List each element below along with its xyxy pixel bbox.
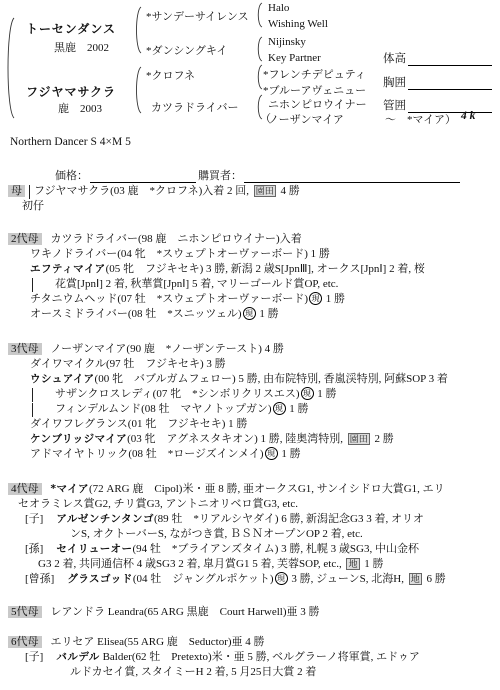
generation-label: 5代母 (8, 606, 42, 618)
record-text: ダイワフレグランス(01 牝 フジキセキ) 1 勝 (30, 418, 247, 430)
horse-name: ウシュアイア (30, 373, 95, 385)
record-text: フィンデルムンド(08 牡 マヤノトップガン) (55, 403, 272, 415)
girth-row: 胸囲 (383, 74, 492, 90)
track-mark: 地 (346, 558, 359, 570)
record-text: (94 牡 *ブライアンズタイム) 3 勝, 札幌 3 歳SG3, 中山金杯 (133, 543, 420, 555)
record-text: G3 2 着, 共同通信杯 4 歳SG3 2 着, 皐月賞G1 5 着, 芙蓉S… (38, 558, 344, 570)
gg-sire-dam-dam: Key Partner (268, 52, 321, 64)
family-note-tail: ～ *マイア） (385, 111, 456, 127)
pedigree-line: ンS, オクトーバーS, ながつき賞, ＢＳＮオープンOP 2 着, etc. (0, 527, 500, 542)
track-mark: 園田 (348, 433, 370, 445)
pedigree-line: セオラミレス賞G2, チリ賞G3, アントニオリベロ賞G3, etc. (0, 497, 500, 512)
relation-label: [孫] (25, 543, 43, 555)
pedigree-line: 花賞[JpnⅠ] 2 着, 秋華賞[JpnⅠ] 5 着, マリーゴールド賞OP,… (0, 277, 500, 292)
record-text: 3 勝, ジューンS, 北海H, (289, 573, 407, 585)
horse-name: ケンブリッジマイア (30, 433, 127, 445)
record-text: 1 勝 (323, 293, 345, 305)
relation-label: [曾孫] (25, 573, 54, 585)
record-text: レアンドラ Leandra(65 ARG 黒鹿 Court Harwell)亜 … (51, 606, 320, 618)
generation-label: 3代母 (8, 343, 42, 355)
height-blank-line (408, 53, 492, 66)
record-text: (72 ARG 鹿 Cipol)米・亜 8 勝, 亜オークスG1, サンイシドロ… (89, 483, 445, 495)
gg-dam-dam-dam: ノーザンマイア (268, 111, 344, 127)
active-racer-mark: 現 (309, 292, 322, 305)
pedigree-line: エフティマイア(05 牝 フジキセキ) 3 勝, 新潟 2 歳S[JpnⅢ], … (0, 262, 500, 277)
record-text: カツラドライバー(98 鹿 ニホンピロウイナー)入着 (51, 233, 302, 245)
sire-sire-name: *サンデーサイレンス (146, 8, 249, 24)
relation-label: [子] (25, 651, 43, 663)
pedigree-line: アドマイヤトリック(08 牡 *ロージズインメイ)現 1 勝 (0, 447, 500, 462)
inbreeding-note: Northern Dancer S 4×M 5 (10, 136, 131, 148)
gg-sire-dam-sire: Nijinsky (268, 36, 306, 48)
record-text: セオラミレス賞G2, チリ賞G3, アントニオリベロ賞G3, etc. (18, 498, 298, 510)
gg-dam-sire-sire: *フレンチデピュティ (263, 66, 366, 82)
dam-dam-name: カツラドライバー (151, 99, 238, 115)
pedigree-line: 5代母レアンドラ Leandra(65 ARG 黒鹿 Court Harwell… (0, 605, 500, 620)
horse-name: バルデル (56, 651, 99, 663)
tree-connector-line (32, 278, 33, 292)
pedigree-line: G3 2 着, 共同通信杯 4 歳SG3 2 着, 皐月賞G1 5 着, 芙蓉S… (0, 557, 500, 572)
horse-name: グラスゴッド (67, 573, 132, 585)
gg-sire-sire-dam: Wishing Well (268, 18, 328, 30)
gg-bracket-2 (254, 36, 263, 62)
record-text: (89 牡 *リアルシヤダイ) 6 勝, 新潟記念G3 3 着, オリオ (154, 513, 424, 525)
girth-blank-line (408, 77, 492, 90)
record-text: 初仔 (22, 200, 44, 212)
pedigree-line: [子]アルゼンチンタンゴ(89 牡 *リアルシヤダイ) 6 勝, 新潟記念G3 … (0, 512, 500, 527)
record-text: ノーザンマイア(90 鹿 *ノーザンテースト) 4 勝 (51, 343, 284, 355)
pedigree-line: [孫]セイリューオー(94 牡 *ブライアンズタイム) 3 勝, 札幌 3 歳S… (0, 542, 500, 557)
horse-name: エフティマイア (30, 263, 106, 275)
price-line: 価格：購買者： (55, 167, 460, 183)
record-text: エリセア Elisea(55 ARG 鹿 Seductor)亜 4 勝 (51, 636, 265, 648)
horse-name: アルゼンチンタンゴ (56, 513, 154, 525)
horse-name: セイリューオー (56, 543, 132, 555)
pedigree-line: フィンデルムンド(08 牡 マヤノトップガン)現 1 勝 (0, 402, 500, 417)
pedigree-line: ダイワマイクル(97 牡 フジキセキ) 3 勝 (0, 357, 500, 372)
record-text: 花賞[JpnⅠ] 2 着, 秋華賞[JpnⅠ] 5 着, マリーゴールド賞OP,… (55, 278, 338, 290)
pedigree-line: ダイワフレグランス(01 牝 フジキセキ) 1 勝 (0, 417, 500, 432)
buyer-blank-line (244, 170, 460, 183)
record-text: アドマイヤトリック(08 牡 *ロージズインメイ) (30, 448, 264, 460)
generation-label: 6代母 (8, 636, 42, 648)
tree-connector-line (32, 403, 33, 417)
sire-color-year: 黒鹿 2002 (54, 39, 109, 55)
gg-dam-dam-sire: ニホンピロウイナー (268, 96, 367, 112)
tree-connector-line (29, 185, 30, 199)
girth-label: 胸囲 (383, 77, 406, 89)
family-note-open-paren: （ (260, 110, 271, 126)
record-text: 1 勝 (315, 388, 337, 400)
buyer-label: 購買者： (198, 170, 242, 182)
sire-dam-name: *ダンシングキイ (146, 42, 227, 58)
record-text: サザンクロスレディ(07 牝 *シンボリクリスエス) (55, 388, 300, 400)
pedigree-line: [子]バルデル Balder(62 牡 Pretexto)米・亜 5 勝, ベル… (0, 650, 500, 665)
dam-color-year: 鹿 2003 (58, 100, 102, 116)
generation-label: 母 (8, 185, 25, 197)
gg-bracket-3 (254, 64, 263, 90)
active-racer-mark: 現 (275, 572, 288, 585)
family-number: 4 k (461, 110, 475, 122)
pedigree-line: ケンブリッジマイア(03 牝 アグネスタキオン) 1 勝, 陸奥湾特別, 園田 … (0, 432, 500, 447)
pedigree-line: ワキノドライバー(04 牝 *スウェプトオーヴァーボード) 1 勝 (0, 247, 500, 262)
active-racer-mark: 現 (273, 402, 286, 415)
record-text: Balder(62 牡 Pretexto)米・亜 5 勝, ベルグラーノ将軍賞,… (100, 651, 420, 663)
record-text: 4 勝 (278, 185, 300, 197)
dam-sire-name: *クロフネ (146, 67, 195, 83)
record-text: 1 勝 (287, 403, 309, 415)
sire-bracket (132, 6, 142, 54)
pedigree-line: 初仔 (0, 199, 500, 214)
gg-sire-sire-sire: Halo (268, 2, 289, 14)
outer-bracket (4, 17, 16, 119)
pedigree-line: 6代母エリセア Elisea(55 ARG 鹿 Seductor)亜 4 勝 (0, 635, 500, 650)
record-text: (05 牝 フジキセキ) 3 勝, 新潟 2 歳S[JpnⅢ], オークス[Jp… (106, 263, 425, 275)
record-text: 6 勝 (424, 573, 446, 585)
pedigree-line: サザンクロスレディ(07 牝 *シンボリクリスエス)現 1 勝 (0, 387, 500, 402)
record-text: 2 勝 (372, 433, 394, 445)
pedigree-line: オースミドライバー(08 牡 *スニッツェル)現 1 勝 (0, 307, 500, 322)
pedigree-line: チタニウムヘッド(07 牡 *スウェプトオーヴァーボード)現 1 勝 (0, 292, 500, 307)
dam-bracket (132, 66, 142, 114)
pedigree-line: 4代母*マイア(72 ARG 鹿 Cipol)米・亜 8 勝, 亜オークスG1,… (0, 482, 500, 497)
record-text: フジヤマサクラ(03 鹿 *クロフネ)入着 2 回, (34, 185, 252, 197)
relation-label: [子] (25, 513, 43, 525)
record-text: 1 勝 (362, 558, 384, 570)
record-text: チタニウムヘッド(07 牡 *スウェプトオーヴァーボード) (30, 293, 308, 305)
record-text: 1 勝 (279, 448, 301, 460)
pedigree-line: ルドカセイ賞, スタイミーH 2 着, 5 月25日大賞 2 着 (0, 665, 500, 680)
active-racer-mark: 現 (301, 387, 314, 400)
track-mark: 地 (409, 573, 422, 585)
sire-name: トーセンダンス (26, 20, 116, 37)
pedigree-detail: 母フジヤマサクラ(03 鹿 *クロフネ)入着 2 回, 園田 4 勝初仔2代母カ… (0, 184, 500, 680)
active-racer-mark: 現 (243, 307, 256, 320)
active-racer-mark: 現 (265, 447, 278, 460)
record-text: 1 勝 (257, 308, 279, 320)
tree-connector-line (32, 388, 33, 402)
price-label: 価格： (55, 170, 88, 182)
record-text: ワキノドライバー(04 牝 *スウェプトオーヴァーボード) 1 勝 (30, 248, 330, 260)
record-text: オースミドライバー(08 牡 *スニッツェル) (30, 308, 242, 320)
pedigree-line: [曾孫]グラスゴッド(04 牡 ジャングルポケット)現 3 勝, ジューンS, … (0, 572, 500, 587)
height-row: 体高 (383, 50, 492, 66)
gg-bracket-1 (254, 2, 263, 28)
pedigree-line: 3代母ノーザンマイア(90 鹿 *ノーザンテースト) 4 勝 (0, 342, 500, 357)
price-blank-line (90, 170, 196, 183)
record-text: ンS, オクトーバーS, ながつき賞, ＢＳＮオープンOP 2 着, etc. (70, 528, 363, 540)
record-text: (00 牝 バブルガムフェロー) 5 勝, 由布院特別, 香嵐渓特別, 阿蘇SO… (95, 373, 448, 385)
dam-name: フジヤマサクラ (26, 83, 116, 100)
catalog-page: トーセンダンス 黒鹿 2002 フジヤマサクラ 鹿 2003 *サンデーサイレン… (0, 0, 500, 690)
generation-label: 4代母 (8, 483, 42, 495)
generation-label: 2代母 (8, 233, 42, 245)
record-text: (04 牡 ジャングルポケット) (133, 573, 274, 585)
height-label: 体高 (383, 53, 406, 65)
record-text: ルドカセイ賞, スタイミーH 2 着, 5 月25日大賞 2 着 (70, 666, 316, 678)
record-text: ダイワマイクル(97 牡 フジキセキ) 3 勝 (30, 358, 226, 370)
track-mark: 園田 (254, 185, 276, 197)
pedigree-line: 2代母カツラドライバー(98 鹿 ニホンピロウイナー)入着 (0, 232, 500, 247)
pedigree-line: 母フジヤマサクラ(03 鹿 *クロフネ)入着 2 回, 園田 4 勝 (0, 184, 500, 199)
pedigree-line: ウシュアイア(00 牝 バブルガムフェロー) 5 勝, 由布院特別, 香嵐渓特別… (0, 372, 500, 387)
horse-name: *マイア (51, 483, 89, 495)
record-text: (03 牝 アグネスタキオン) 1 勝, 陸奥湾特別, (127, 433, 346, 445)
